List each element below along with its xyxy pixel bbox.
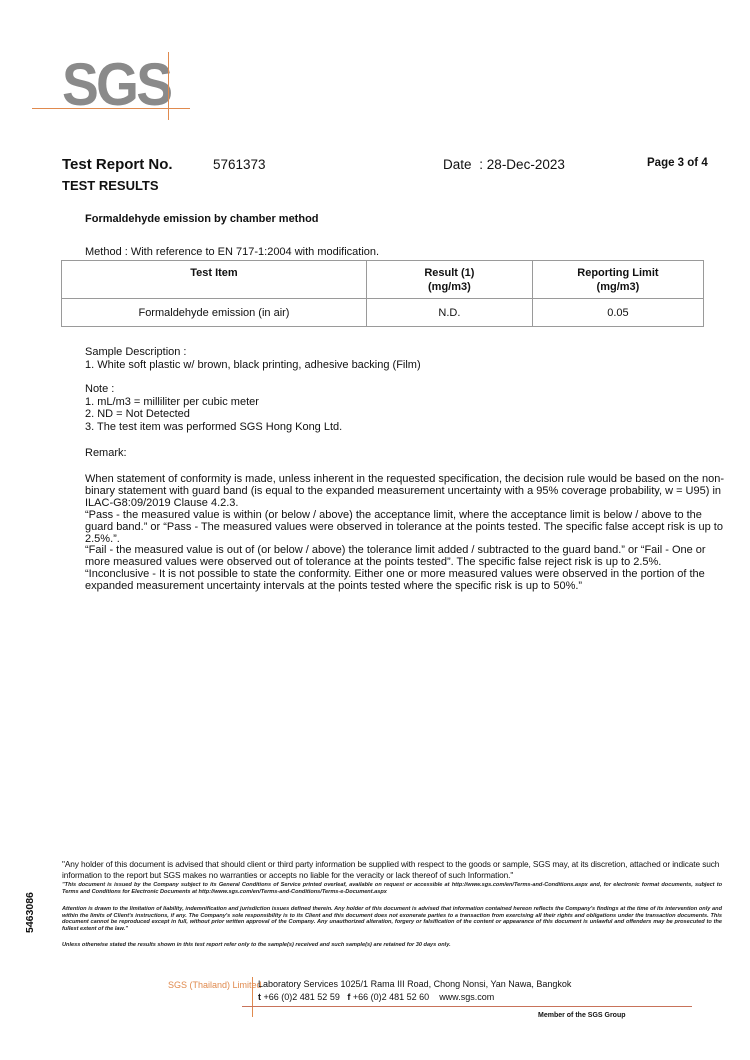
footer-rule (242, 1006, 692, 1007)
note-item: 1. mL/m3 = milliliter per cubic meter (85, 396, 342, 409)
header-label: Reporting Limit (537, 266, 699, 280)
remark-paragraph: “Pass - the measured value is within (or… (85, 510, 725, 546)
section-heading: TEST RESULTS (62, 178, 159, 193)
report-title: Test Report No. (62, 156, 173, 173)
sample-item: 1. White soft plastic w/ brown, black pr… (85, 359, 421, 372)
remark-paragraph: “Fail - the measured value is out of (or… (85, 545, 725, 569)
sgs-logo: SGS (62, 55, 170, 115)
disclaimer: "Any holder of this document is advised … (62, 859, 722, 881)
note-item: 2. ND = Not Detected (85, 408, 342, 421)
header-label: Result (1) (371, 266, 528, 280)
fax-number: +66 (0)2 481 52 60 (353, 992, 429, 1002)
address-divider (252, 977, 253, 1017)
logo-horizontal-line (32, 108, 190, 109)
tel-label: t (258, 992, 261, 1002)
fax-label: f (347, 992, 350, 1002)
table-header-row: Test Item Result (1) (mg/m3) Reporting L… (62, 261, 704, 299)
member-of-group: Member of the SGS Group (538, 1012, 626, 1019)
remark-text: When statement of conformity is made, un… (85, 474, 725, 593)
fine-print-retention: Unless otherwise stated the results show… (62, 942, 722, 949)
document-id: 5463086 (24, 883, 36, 933)
company-name: SGS (Thailand) Limited (168, 980, 262, 990)
report-number: 5761373 (213, 157, 266, 172)
header-unit: (mg/m3) (537, 280, 699, 294)
remark-paragraph: “Inconclusive - It is not possible to st… (85, 569, 725, 593)
notes: Note : 1. mL/m3 = milliliter per cubic m… (85, 383, 342, 433)
report-date: Date : 28-Dec-2023 (443, 157, 565, 172)
note-item: 3. The test item was performed SGS Hong … (85, 421, 342, 434)
results-table: Test Item Result (1) (mg/m3) Reporting L… (61, 260, 704, 327)
company-contact: t +66 (0)2 481 52 59 f +66 (0)2 481 52 6… (258, 992, 494, 1002)
cell-limit: 0.05 (532, 299, 703, 327)
sample-description: Sample Description : 1. White soft plast… (85, 346, 421, 371)
header-reporting-limit: Reporting Limit (mg/m3) (532, 261, 703, 299)
page-number: Page 3 of 4 (647, 157, 708, 169)
company-address: Laboratory Services 1025/1 Rama III Road… (258, 979, 571, 989)
logo-vertical-line (168, 52, 169, 120)
remark-label: Remark: (85, 447, 127, 460)
table-row: Formaldehyde emission (in air) N.D. 0.05 (62, 299, 704, 327)
fine-print-terms: "This document is issued by the Company … (62, 882, 722, 895)
note-label: Note : (85, 383, 342, 396)
header-result: Result (1) (mg/m3) (366, 261, 532, 299)
tel-number: +66 (0)2 481 52 59 (264, 992, 340, 1002)
date-label: Date (443, 157, 472, 172)
test-title: Formaldehyde emission by chamber method (85, 213, 319, 225)
sample-label: Sample Description : (85, 346, 421, 359)
header-label: Test Item (66, 266, 362, 280)
date-value: : 28-Dec-2023 (479, 157, 565, 172)
header-unit: (mg/m3) (371, 280, 528, 294)
cell-test-item: Formaldehyde emission (in air) (62, 299, 367, 327)
cell-result: N.D. (366, 299, 532, 327)
website: www.sgs.com (439, 992, 494, 1002)
header-test-item: Test Item (62, 261, 367, 299)
remark-paragraph: When statement of conformity is made, un… (85, 474, 725, 510)
test-method: Method : With reference to EN 717-1:2004… (85, 246, 379, 258)
fine-print-liability: Attention is drawn to the limitation of … (62, 906, 722, 932)
